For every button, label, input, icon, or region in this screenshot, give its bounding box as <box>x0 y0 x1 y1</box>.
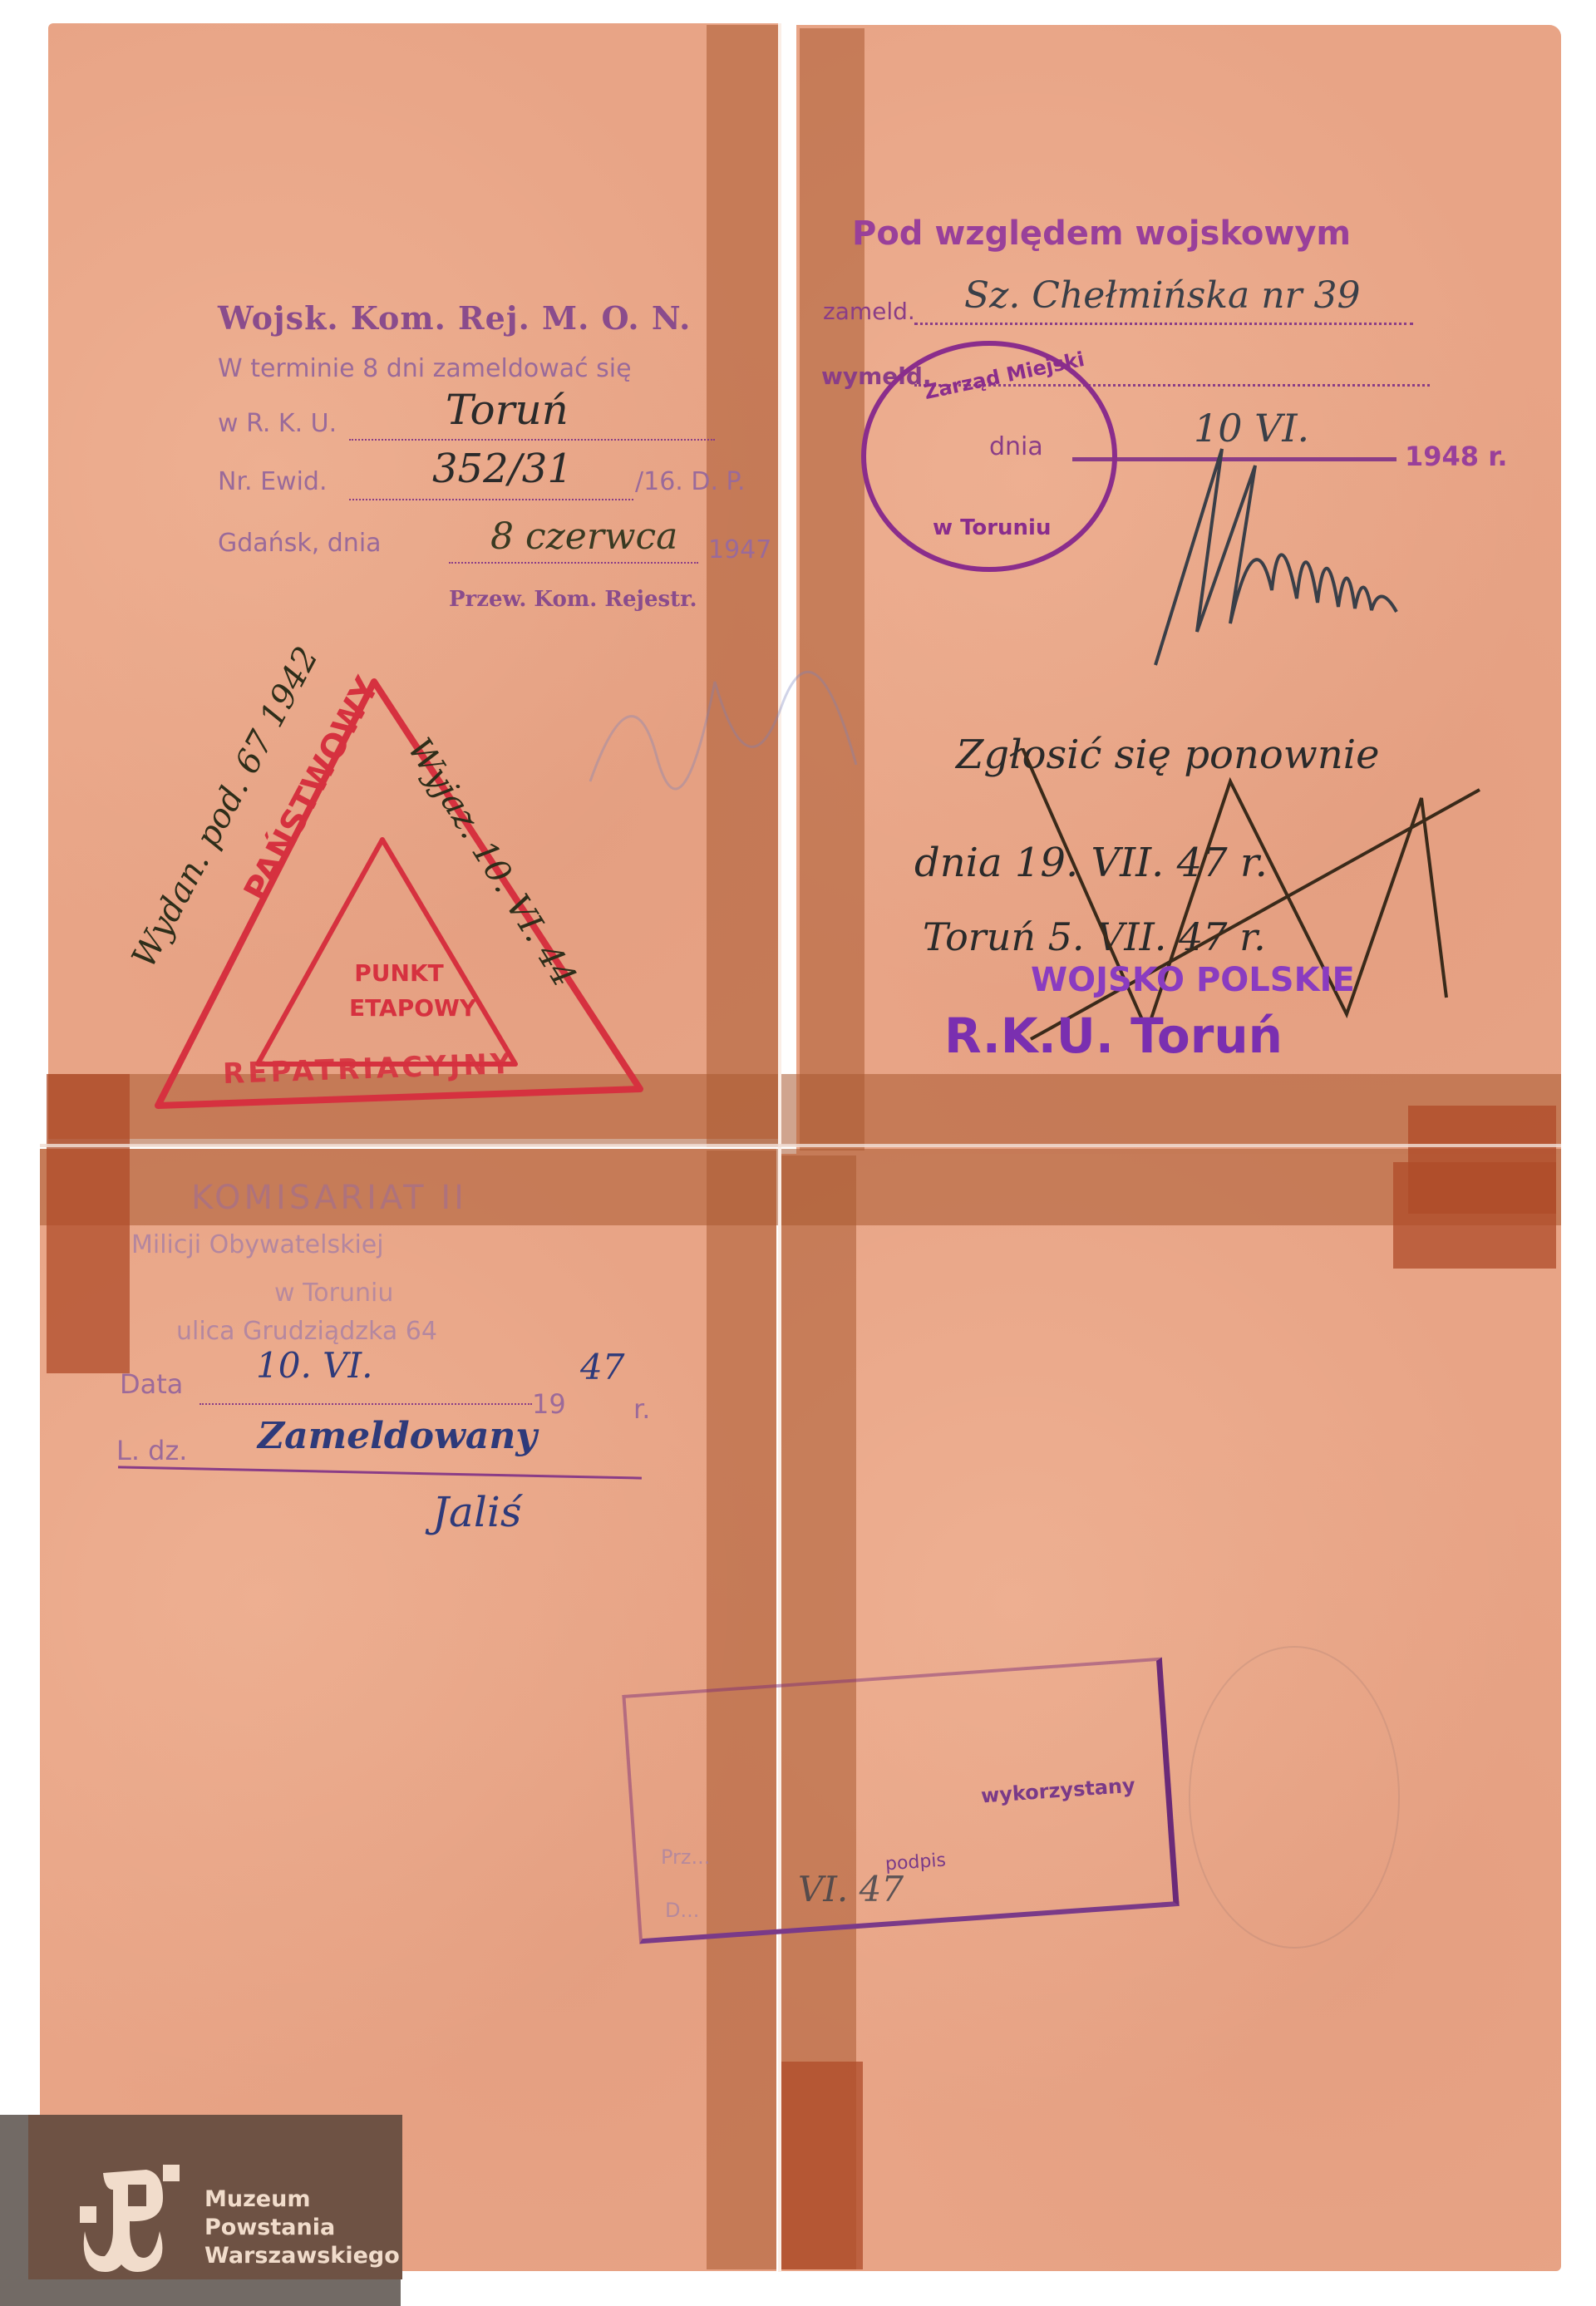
year-value: 47 <box>580 1347 624 1387</box>
data-field-line <box>199 1403 532 1405</box>
gdansk-date-line <box>449 562 698 564</box>
tape-patch-right-bottom <box>1393 1162 1556 1269</box>
tape-strip-vertical-right-top <box>800 28 864 1151</box>
komisariat-stamp-title: KOMISARIAT II <box>191 1179 467 1217</box>
fold-vertical <box>778 23 781 2272</box>
tape-strip-vertical-left-top <box>707 25 780 1147</box>
zameld-field-line <box>914 323 1413 325</box>
rect-stamp-date-value: VI. 47 <box>798 1869 904 1909</box>
year-prefix: 19 <box>532 1388 566 1420</box>
gdansk-date-value: 8 czerwca <box>490 515 677 558</box>
data-value: 10. VI. <box>256 1345 372 1386</box>
komisariat-line-2: w Toruniu <box>274 1279 393 1308</box>
stamp-instruction: W terminie 8 dni zameldować się <box>218 354 632 383</box>
signature-icon <box>1130 416 1463 682</box>
stamp-signature-label: Przew. Kom. Rejestr. <box>449 587 697 612</box>
military-stamp-title: Pod względem wojskowym <box>852 214 1351 253</box>
rect-stamp-date-label: D... <box>665 1899 699 1922</box>
year-suffix: r. <box>633 1393 650 1425</box>
komisariat-line-1: Milicji Obywatelskiej <box>131 1230 384 1259</box>
wojsko-polskie-stamp: WOJSKO POLSKIE <box>1031 961 1355 999</box>
nr-ewid-suffix: /16. D. P. <box>635 467 745 496</box>
nr-ewid-field-line <box>349 499 633 500</box>
rku-field-line <box>349 439 715 441</box>
logo-line-3: Warszawskiego <box>204 2244 400 2267</box>
rku-label: w R. K. U. <box>218 409 337 438</box>
rku-value: Toruń <box>446 386 569 434</box>
gdansk-year: 1947 <box>708 535 771 564</box>
data-label: Data <box>120 1368 183 1400</box>
komisariat-line-3: ulica Grudziądzka 64 <box>176 1317 437 1346</box>
nr-ewid-value: 352/31 <box>432 446 573 492</box>
logo-line-1: Muzeum <box>204 2188 310 2210</box>
nr-ewid-label: Nr. Ewid. <box>218 467 328 496</box>
tape-patch-left <box>47 1074 130 1373</box>
ldz-label: L. dz. <box>116 1435 187 1466</box>
pencil-scribble-icon <box>582 632 931 948</box>
rect-stamp-prefix: Prz... <box>661 1845 710 1869</box>
round-stamp-bottom-text: w Toruniu <box>933 515 1051 540</box>
museum-watermark: Muzeum Powstania Warszawskiego <box>0 2115 401 2306</box>
fold-horizontal <box>40 1144 1561 1147</box>
kotwica-anchor-icon <box>80 2165 180 2273</box>
triangle-inner-text: PUNKT ETAPOWY <box>349 956 449 1026</box>
zameld-value: Sz. Chełmińska nr 39 <box>964 274 1361 317</box>
faint-oval-mark <box>1189 1646 1400 1949</box>
komisariat-signature: Jaliś <box>432 1488 522 1536</box>
gdansk-date-label: Gdańsk, dnia <box>218 529 382 558</box>
zameld-label: zameld. <box>823 298 915 325</box>
tape-patch-bottom <box>780 2062 863 2269</box>
rku-torun-stamp: R.K.U. Toruń <box>944 1008 1283 1064</box>
stamp-title: Wojsk. Kom. Rej. M. O. N. <box>218 299 691 337</box>
logo-line-2: Powstania <box>204 2216 335 2239</box>
ldz-value: Zameldowany <box>258 1415 537 1457</box>
logo-background: Muzeum Powstania Warszawskiego <box>28 2115 402 2279</box>
